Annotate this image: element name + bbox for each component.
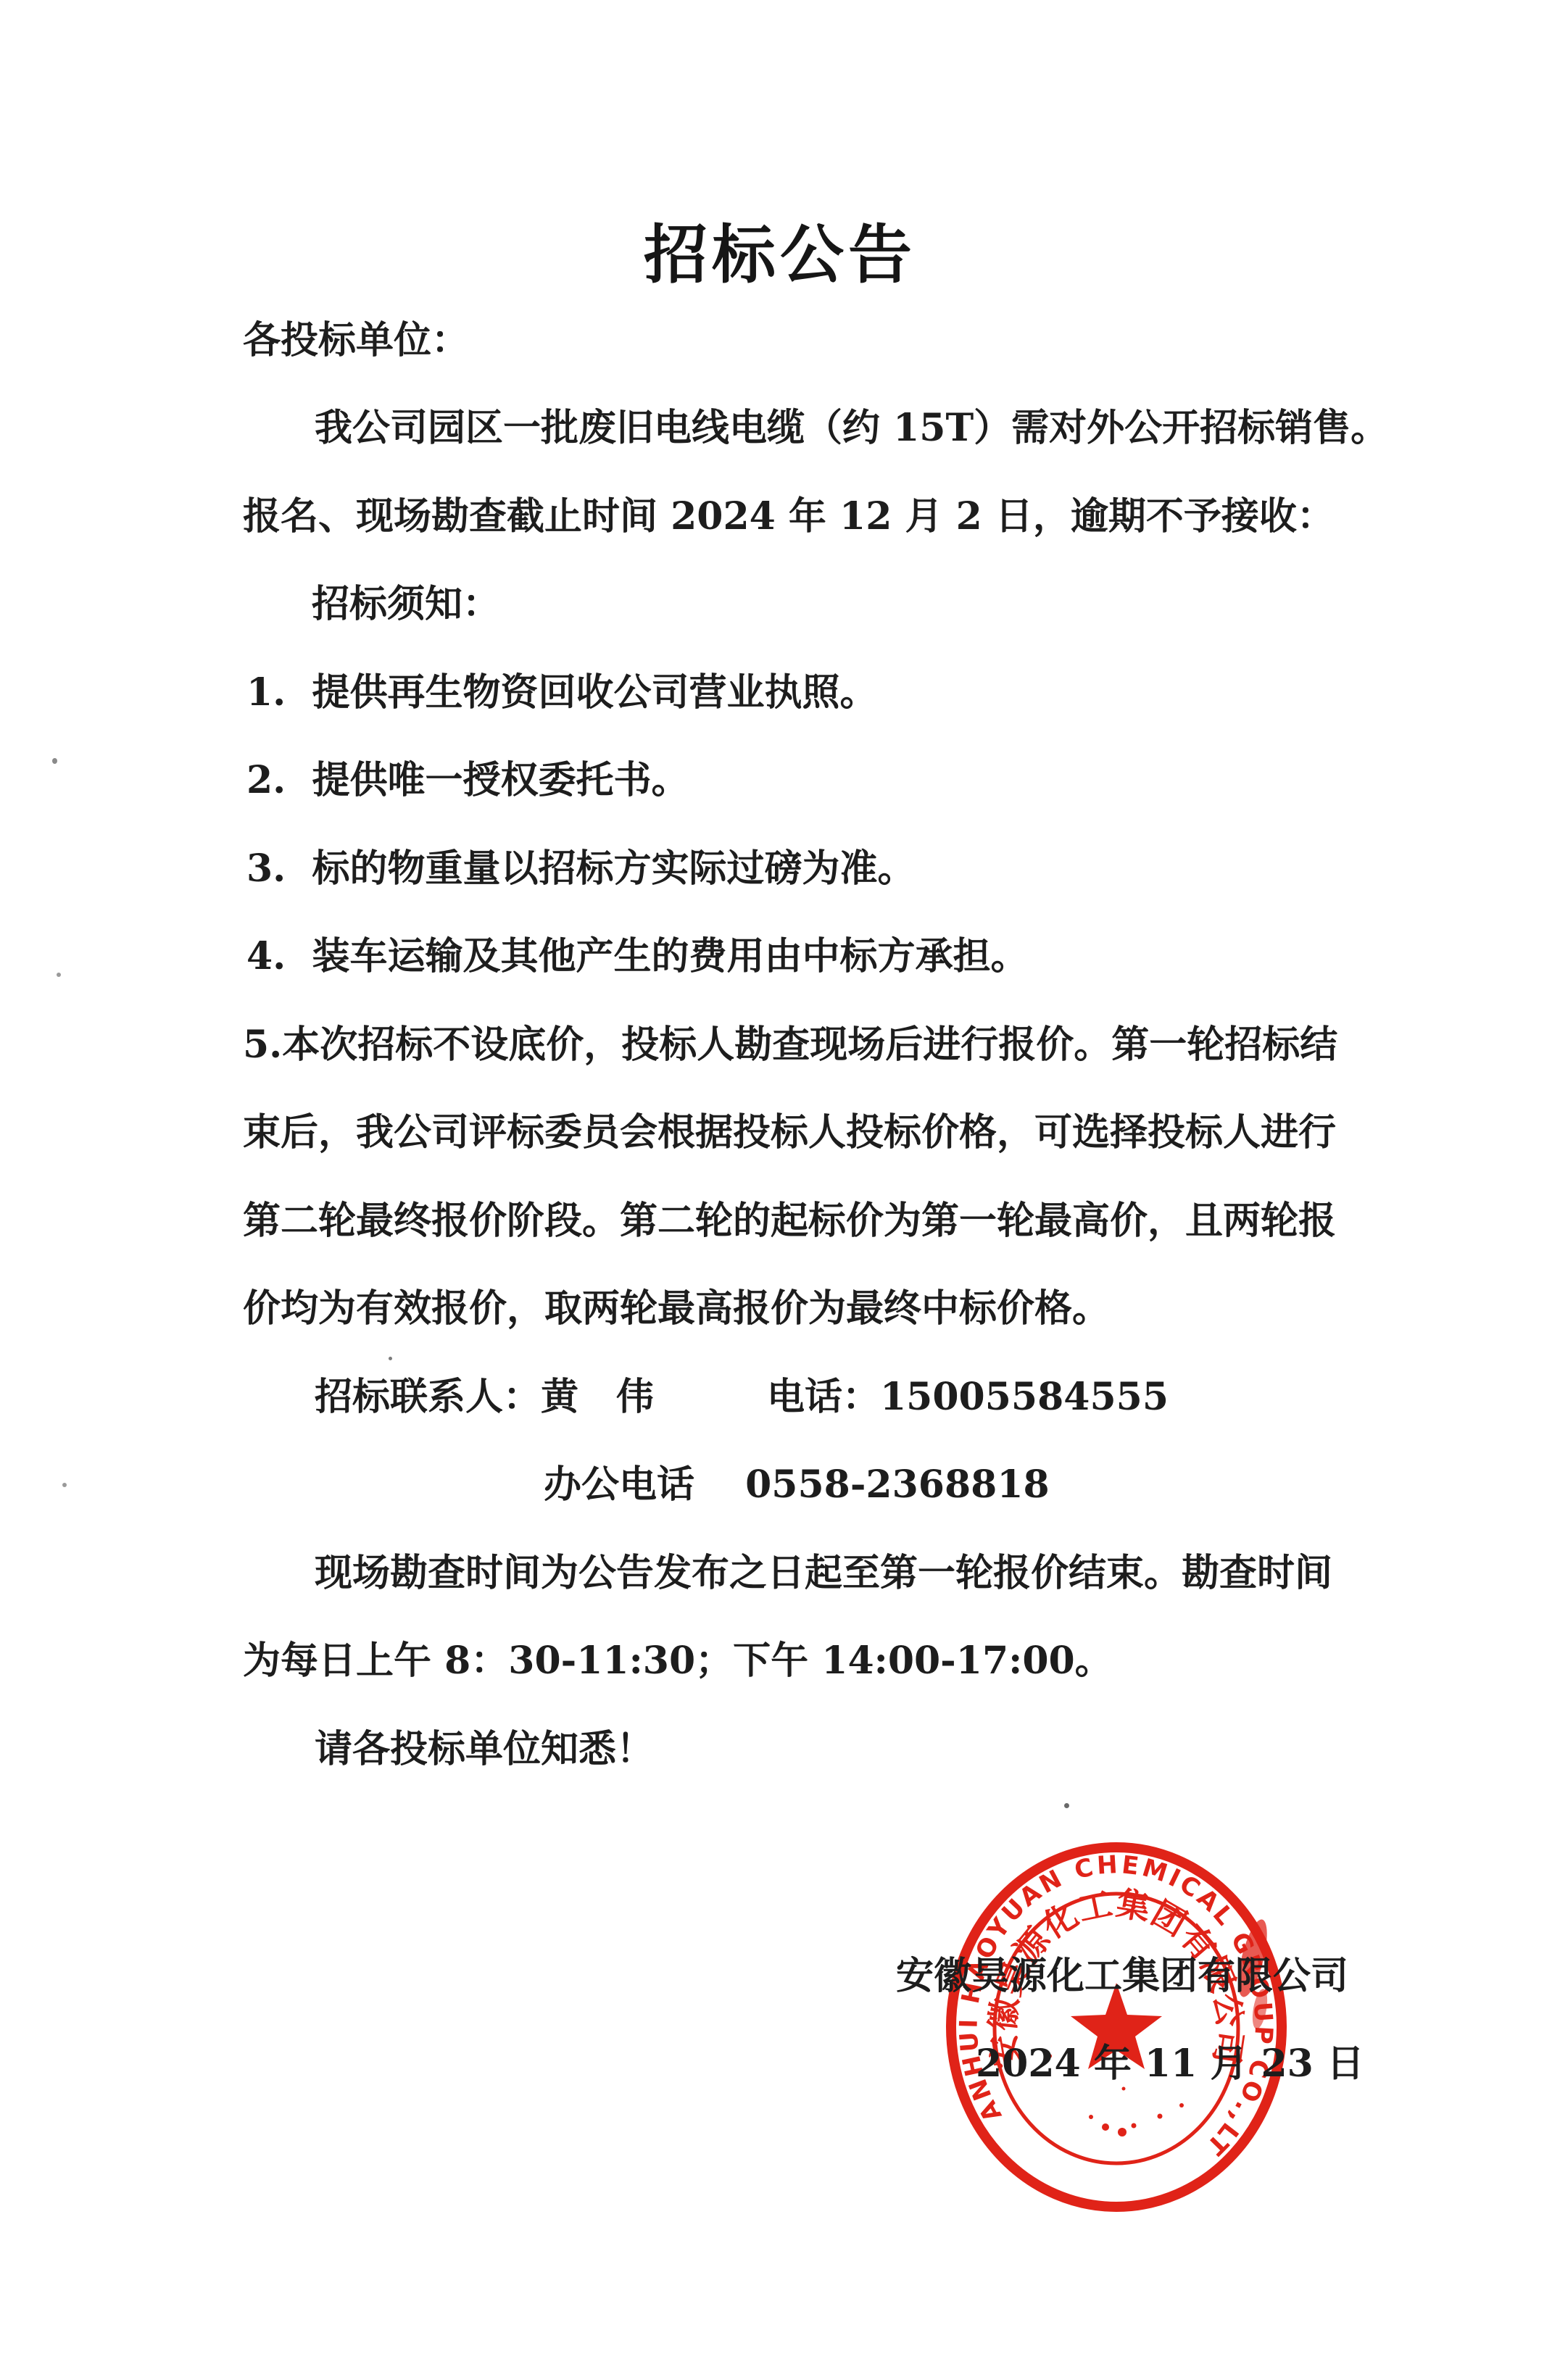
scan-speck <box>389 1357 392 1360</box>
survey-line-1: 现场勘查时间为公告发布之日起至第一轮报价结束。勘查时间 <box>315 1551 1332 1596</box>
seal-ink-speck <box>1122 2087 1126 2091</box>
seal-ink-speck <box>1118 2128 1127 2136</box>
page-title: 招标公告 <box>0 204 1560 296</box>
office-phone-line: 办公电话 0558-2368818 <box>544 1462 1050 1507</box>
closing-line: 请各投标单位知悉！ <box>315 1727 654 1772</box>
intro-line-1: 我公司园区一批废旧电线电缆（约 15T）需对外公开招标销售。 <box>315 406 1388 451</box>
salutation-line: 各投标单位： <box>243 318 469 363</box>
seal-ink-speck <box>1179 2103 1184 2108</box>
notice-heading: 招标须知： <box>312 582 500 627</box>
seal-ink-speck <box>1132 2123 1137 2129</box>
seal-ink-speck <box>1158 2114 1163 2119</box>
scan-speck <box>57 973 61 977</box>
notice-item-1: 1. 提供再生物资回收公司营业执照。 <box>246 670 878 715</box>
notice-item-5-line3: 第二轮最终报价阶段。第二轮的起标价为第一轮最高价，且两轮报 <box>243 1199 1336 1244</box>
survey-line-2: 为每日上午 8：30-11:30；下午 14:00-17:00。 <box>243 1639 1113 1684</box>
company-seal: ANHUI HAOYUAN CHEMICAL GROUP CO.,LTD. 安徽… <box>942 1839 1290 2215</box>
notice-item-5-line1: 5.本次招标不设底价，投标人勘查现场后进行报价。第一轮招标结 <box>243 1023 1337 1068</box>
signature-company: 安徽昊源化工集团有限公司 <box>896 1954 1348 1999</box>
signature-date: 2024 年 11 月 23 日 <box>976 2042 1364 2086</box>
scan-speck <box>62 1483 67 1487</box>
scan-speck <box>52 758 57 764</box>
intro-line-2: 报名、现场勘查截止时间 2024 年 12 月 2 日，逾期不予接收： <box>243 494 1335 539</box>
scanned-document-page: 招标公告 各投标单位： 我公司园区一批废旧电线电缆（约 15T）需对外公开招标销… <box>0 0 1560 2380</box>
notice-item-5-line2: 束后，我公司评标委员会根据投标人投标价格，可选择投标人进行 <box>243 1110 1336 1155</box>
contact-line: 招标联系人：黄 伟 电话：15005584555 <box>315 1375 1169 1420</box>
seal-ink-speck <box>1089 2115 1093 2119</box>
scan-speck <box>1064 1803 1069 1808</box>
seal-ink-speck <box>1102 2123 1109 2131</box>
notice-item-5-line4: 价均为有效报价，取两轮最高报价为最终中标价格。 <box>243 1286 1110 1331</box>
notice-item-4: 4. 装车运输及其他产生的费用由中标方承担。 <box>246 934 1029 979</box>
notice-item-3: 3. 标的物重量以招标方实际过磅为准。 <box>246 846 916 891</box>
notice-item-2: 2. 提供唯一授权委托书。 <box>246 758 689 803</box>
